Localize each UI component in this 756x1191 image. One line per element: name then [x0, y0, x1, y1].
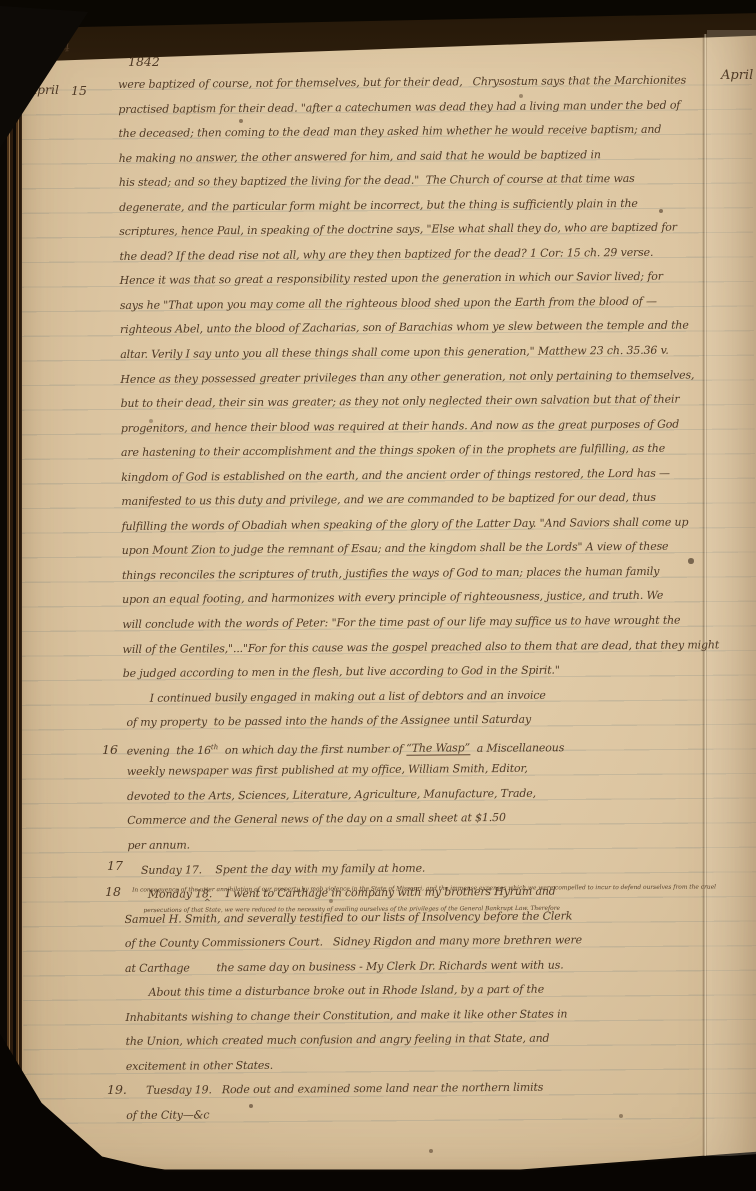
- photo-top-border: [0, 0, 756, 1191]
- paper-speckles: [0, 0, 2, 2]
- journal-photo: 1824 1842 April April 15 16 17 18 19. we…: [0, 0, 756, 1191]
